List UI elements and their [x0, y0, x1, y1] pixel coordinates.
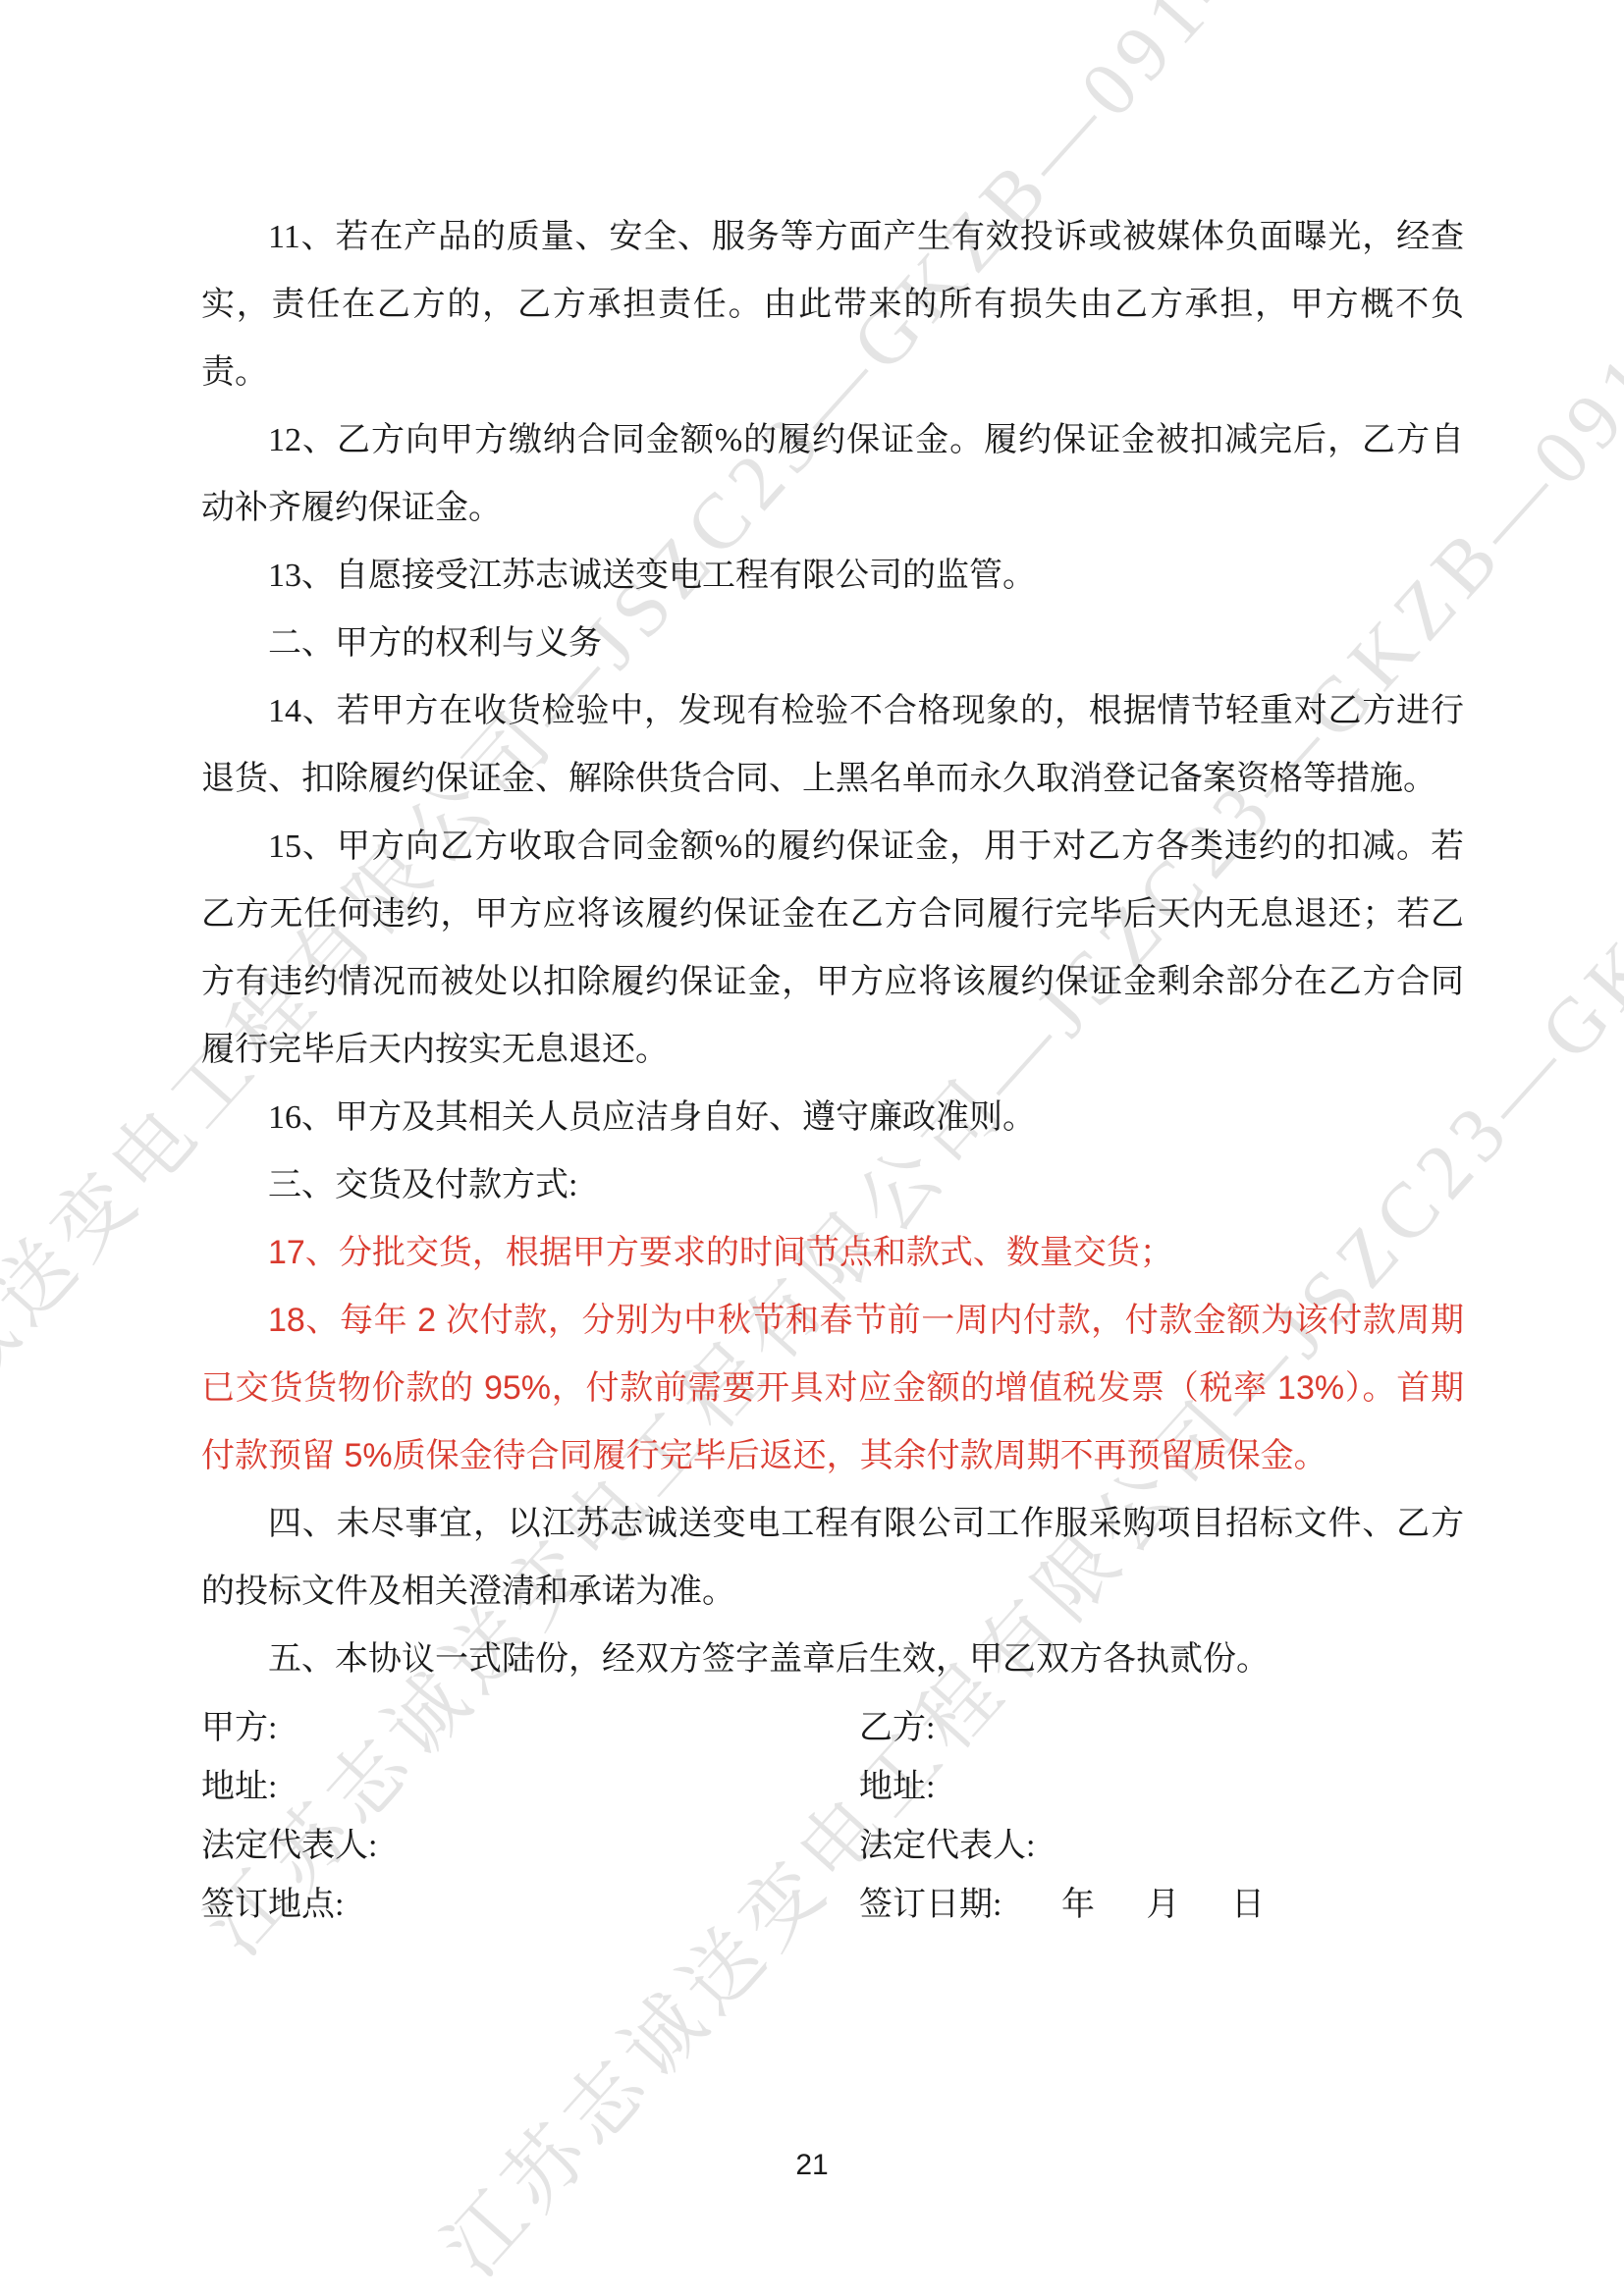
party-b-address-label: 地址:: [859, 1758, 1464, 1817]
clause-copies: 五、本协议一式陆份，经双方签字盖章后生效，甲乙双方各执贰份。: [201, 1626, 1464, 1693]
clause-11: 11、若在产品的质量、安全、服务等方面产生有效投诉或被媒体负面曝光，经查实，责任…: [201, 203, 1464, 406]
signature-row-signing: 签订地点: 签订日期: 年 月 日: [201, 1876, 1464, 1935]
signature-row-party: 甲方: 乙方:: [201, 1699, 1464, 1758]
contract-body: 11、若在产品的质量、安全、服务等方面产生有效投诉或被媒体负面曝光，经查实，责任…: [201, 203, 1464, 1935]
clause-17: 17、分批交货，根据甲方要求的时间节点和款式、数量交货；: [201, 1219, 1464, 1287]
section-heading-delivery-payment: 三、交货及付款方式:: [201, 1151, 1464, 1219]
date-day-label: 日: [1231, 1876, 1265, 1935]
signing-place-label: 签订地点:: [201, 1876, 859, 1935]
section-heading-party-a-rights: 二、甲方的权利与义务: [201, 610, 1464, 677]
party-a-legal-rep-label: 法定代表人:: [201, 1817, 859, 1876]
clause-15: 15、甲方向乙方收取合同金额%的履约保证金，用于对乙方各类违约的扣减。若乙方无任…: [201, 813, 1464, 1084]
party-b-label: 乙方:: [859, 1699, 1464, 1758]
party-b-legal-rep-label: 法定代表人:: [859, 1817, 1464, 1876]
clause-14: 14、若甲方在收货检验中，发现有检验不合格现象的，根据情节轻重对乙方进行退货、扣…: [201, 677, 1464, 813]
party-a-address-label: 地址:: [201, 1758, 859, 1817]
date-month-label: 月: [1146, 1876, 1179, 1935]
document-page: 江苏志诚送变电工程有限公司—JSZC23—GKZB—0914 江苏志诚送变电工程…: [0, 0, 1624, 2296]
signing-date: 签订日期: 年 月 日: [859, 1876, 1464, 1935]
clause-miscellaneous: 四、未尽事宜，以江苏志诚送变电工程有限公司工作服采购项目招标文件、乙方的投标文件…: [201, 1490, 1464, 1626]
date-year-label: 年: [1061, 1876, 1095, 1935]
page-number: 21: [0, 2146, 1624, 2185]
signature-row-legal-rep: 法定代表人: 法定代表人:: [201, 1817, 1464, 1876]
signature-row-address: 地址: 地址:: [201, 1758, 1464, 1817]
signing-date-label: 签订日期:: [859, 1887, 1001, 1923]
signature-block: 甲方: 乙方: 地址: 地址: 法定代表人: 法定代表人: 签订地点: 签订日期…: [201, 1699, 1464, 1935]
clause-12: 12、乙方向甲方缴纳合同金额%的履约保证金。履约保证金被扣减完后，乙方自动补齐履…: [201, 406, 1464, 542]
clause-13: 13、自愿接受江苏志诚送变电工程有限公司的监管。: [201, 542, 1464, 610]
party-a-label: 甲方:: [201, 1699, 859, 1758]
clause-16: 16、甲方及其相关人员应洁身自好、遵守廉政准则。: [201, 1084, 1464, 1151]
clause-18: 18、每年 2 次付款，分别为中秋节和春节前一周内付款，付款金额为该付款周期已交…: [201, 1287, 1464, 1490]
